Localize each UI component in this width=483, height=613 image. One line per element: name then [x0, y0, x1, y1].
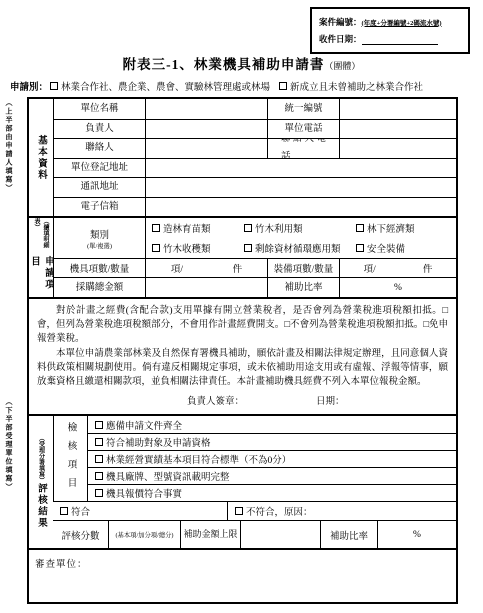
subsidy-rate-label: 補助比率	[267, 277, 339, 297]
case-number-box: 案件編號：(年度+分署編號+2碼流水號) 收件日期：	[310, 7, 470, 54]
equipment-count-label: 裝備項數/數量	[267, 258, 339, 277]
section-basic-info: 基本資料 單位名稱 統一編號 負責人 單位電話 聯絡人 聯絡人電話 單位登記地址…	[29, 99, 456, 216]
side-note-upper-half: （上半部由申請人填寫）	[4, 99, 14, 193]
check-item-quote-truthful[interactable]: 機具報價符合事實	[87, 484, 456, 501]
signature-row: 負責人簽章： 日期：	[187, 393, 448, 407]
apply-type-label: 申請別：	[10, 79, 48, 93]
review-section-title: 評核結果	[34, 483, 48, 529]
check-item-performance-standard[interactable]: 林業經營實績基本項目符合標準（不為0分）	[87, 450, 456, 467]
email-label: 電子信箱	[53, 197, 145, 217]
apply-items-section-label: （續填明細表） 申請項目	[29, 218, 53, 297]
section-review-result: （受理分署填寫） 評核結果 檢核項目 應備申請文件齊全 符合補助對象及申請資格 …	[29, 414, 456, 548]
review-section-label: （受理分署填寫） 評核結果	[29, 416, 53, 548]
registered-address-input[interactable]	[145, 158, 456, 178]
checkbox-icon[interactable]	[95, 438, 103, 446]
received-date-label: 收件日期：	[319, 34, 362, 44]
fail-option[interactable]: 不符合，原因：	[227, 502, 456, 520]
apply-type-row: 申請別： 林業合作社、農企業、農會、實驗林管理處或林場 新成立且未曾補助之林業合…	[10, 79, 476, 93]
subsidy-amount-cap-label: 補助金額上限	[180, 521, 240, 548]
checkbox-icon[interactable]	[60, 507, 68, 515]
subsidy-rate-input[interactable]: %	[339, 277, 456, 297]
check-item-eligibility[interactable]: 符合補助對象及申請資格	[87, 433, 456, 450]
apply-type-option-new-coop[interactable]: 新成立且未曾補助之林業合作社	[279, 79, 423, 93]
received-date-row: 收件日期：	[319, 33, 461, 45]
category-option-safety-equipment[interactable]: 安全裝備	[356, 241, 456, 255]
checkbox-icon[interactable]	[279, 82, 287, 90]
received-date-blank[interactable]	[362, 37, 438, 45]
section-apply-items: （續填明細表） 申請項目 類別 (單/複選) 造林育苗類 竹木利用類 林下經濟類…	[29, 216, 456, 297]
checkbox-icon[interactable]	[235, 507, 243, 515]
check-item-documents-complete[interactable]: 應備申請文件齊全	[87, 416, 456, 433]
basic-info-section-label: 基本資料	[29, 99, 53, 216]
declaration-paragraph-tax: 對於計畫之經費(含配合款)支用單據有開立營業稅者，是否會列為營業稅進項稅額扣抵。…	[37, 304, 448, 347]
contact-person-label: 聯絡人	[53, 138, 145, 158]
unit-name-label: 單位名稱	[53, 99, 145, 119]
apply-type-option-label: 新成立且未曾補助之林業合作社	[290, 79, 423, 93]
title-suffix: （團體）	[324, 61, 360, 71]
review-subsidy-rate-input[interactable]: %	[377, 521, 456, 548]
subsidy-amount-cap-input[interactable]	[240, 521, 320, 548]
category-option-residual-material[interactable]: 剩餘資材循環應用類	[244, 241, 356, 255]
checkbox-icon[interactable]	[152, 224, 160, 232]
signature-label: 負責人簽章：	[187, 393, 244, 407]
apply-items-section-title: 申請項目	[29, 256, 53, 297]
contact-phone-input[interactable]	[339, 138, 456, 158]
mailing-address-label: 通訊地址	[53, 177, 145, 197]
equipment-count-input[interactable]: 項/件	[339, 258, 456, 277]
side-note-lower-half: （下半部受理單位填寫）	[4, 398, 14, 492]
responsible-person-input[interactable]	[145, 119, 267, 139]
uniform-number-input[interactable]	[339, 99, 456, 119]
pass-fail-row: 符合 不符合，原因：	[53, 501, 456, 520]
score-row: 評核分數 (基本項/加分項/總分) 補助金額上限 補助比率 %	[53, 520, 456, 548]
check-items-label: 檢核項目	[53, 416, 87, 501]
score-label: 評核分數	[53, 521, 108, 548]
category-hint: (單/複選)	[87, 241, 112, 250]
responsible-person-label: 負責人	[53, 119, 145, 139]
registered-address-label: 單位登記地址	[53, 158, 145, 178]
check-item-brand-model-complete[interactable]: 機具廠牌、型號資訊載明完整	[87, 467, 456, 484]
review-section-sublabel: （受理分署填寫）	[37, 435, 46, 483]
category-label: 類別 (單/複選)	[53, 218, 145, 258]
title-main: 附表三-1、林業機具補助申請書	[123, 57, 325, 72]
contact-phone-label: 聯絡人電話	[267, 138, 339, 158]
case-number-row: 案件編號：(年度+分署編號+2碼流水號)	[319, 16, 461, 28]
pass-option[interactable]: 符合	[53, 502, 227, 520]
checkbox-icon[interactable]	[95, 455, 103, 463]
apply-items-section-sublabel: （續填明細表）	[32, 218, 50, 256]
checkbox-icon[interactable]	[95, 489, 103, 497]
checkbox-icon[interactable]	[356, 244, 364, 252]
case-number-hint: (年度+分署編號+2碼流水號)	[362, 20, 442, 27]
machine-count-label: 機具項數/數量	[53, 258, 145, 277]
checkbox-icon[interactable]	[356, 224, 364, 232]
unit-phone-label: 單位電話	[267, 119, 339, 139]
review-subsidy-rate-label: 補助比率	[320, 521, 377, 548]
mailing-address-input[interactable]	[145, 177, 456, 197]
contact-person-input[interactable]	[145, 138, 267, 158]
date-label: 日期：	[316, 393, 345, 407]
category-option-understory-economy[interactable]: 林下經濟類	[356, 221, 456, 235]
checkbox-icon[interactable]	[95, 472, 103, 480]
email-input[interactable]	[145, 197, 456, 217]
machine-count-input[interactable]: 項/件	[145, 258, 267, 277]
apply-type-option-coop[interactable]: 林業合作社、農企業、農會、實驗林管理處或林場	[50, 79, 270, 93]
page-title: 附表三-1、林業機具補助申請書（團體）	[0, 53, 483, 74]
category-option-bamboo-use[interactable]: 竹木利用類	[244, 221, 356, 235]
checkbox-icon[interactable]	[152, 244, 160, 252]
category-option-afforestation[interactable]: 造林育苗類	[152, 221, 244, 235]
unit-phone-input[interactable]	[339, 119, 456, 139]
section-declaration: 對於計畫之經費(含配合款)支用單據有開立營業稅者，是否會列為營業稅進項稅額扣抵。…	[29, 297, 456, 414]
unit-name-input[interactable]	[145, 99, 267, 119]
category-options: 造林育苗類 竹木利用類 林下經濟類 竹木收穫類 剩餘資材循環應用類 安全裝備	[145, 218, 456, 258]
apply-type-option-label: 林業合作社、農企業、農會、實驗林管理處或林場	[61, 79, 270, 93]
main-form-table: 基本資料 單位名稱 統一編號 負責人 單位電話 聯絡人 聯絡人電話 單位登記地址…	[27, 97, 458, 604]
score-hint: (基本項/加分項/總分)	[108, 521, 180, 548]
audit-unit-label: 審查單位：	[35, 560, 88, 570]
section-audit-unit[interactable]: 審查單位：	[29, 548, 456, 602]
declaration-paragraph-consent: 本單位申請農業部林業及自然保育署機具補助，願依計畫及相關法律規定辦理，且同意個人…	[37, 347, 448, 390]
checkbox-icon[interactable]	[244, 224, 252, 232]
checkbox-icon[interactable]	[95, 421, 103, 429]
total-amount-input[interactable]	[145, 277, 267, 297]
category-option-bamboo-harvest[interactable]: 竹木收穫類	[152, 241, 244, 255]
checkbox-icon[interactable]	[50, 82, 58, 90]
uniform-number-label: 統一編號	[267, 99, 339, 119]
case-number-label: 案件編號：	[319, 17, 362, 27]
checkbox-icon[interactable]	[244, 244, 252, 252]
total-amount-label: 採購總金額	[53, 277, 145, 297]
form-page: 案件編號：(年度+分署編號+2碼流水號) 收件日期： 附表三-1、林業機具補助申…	[0, 0, 483, 613]
